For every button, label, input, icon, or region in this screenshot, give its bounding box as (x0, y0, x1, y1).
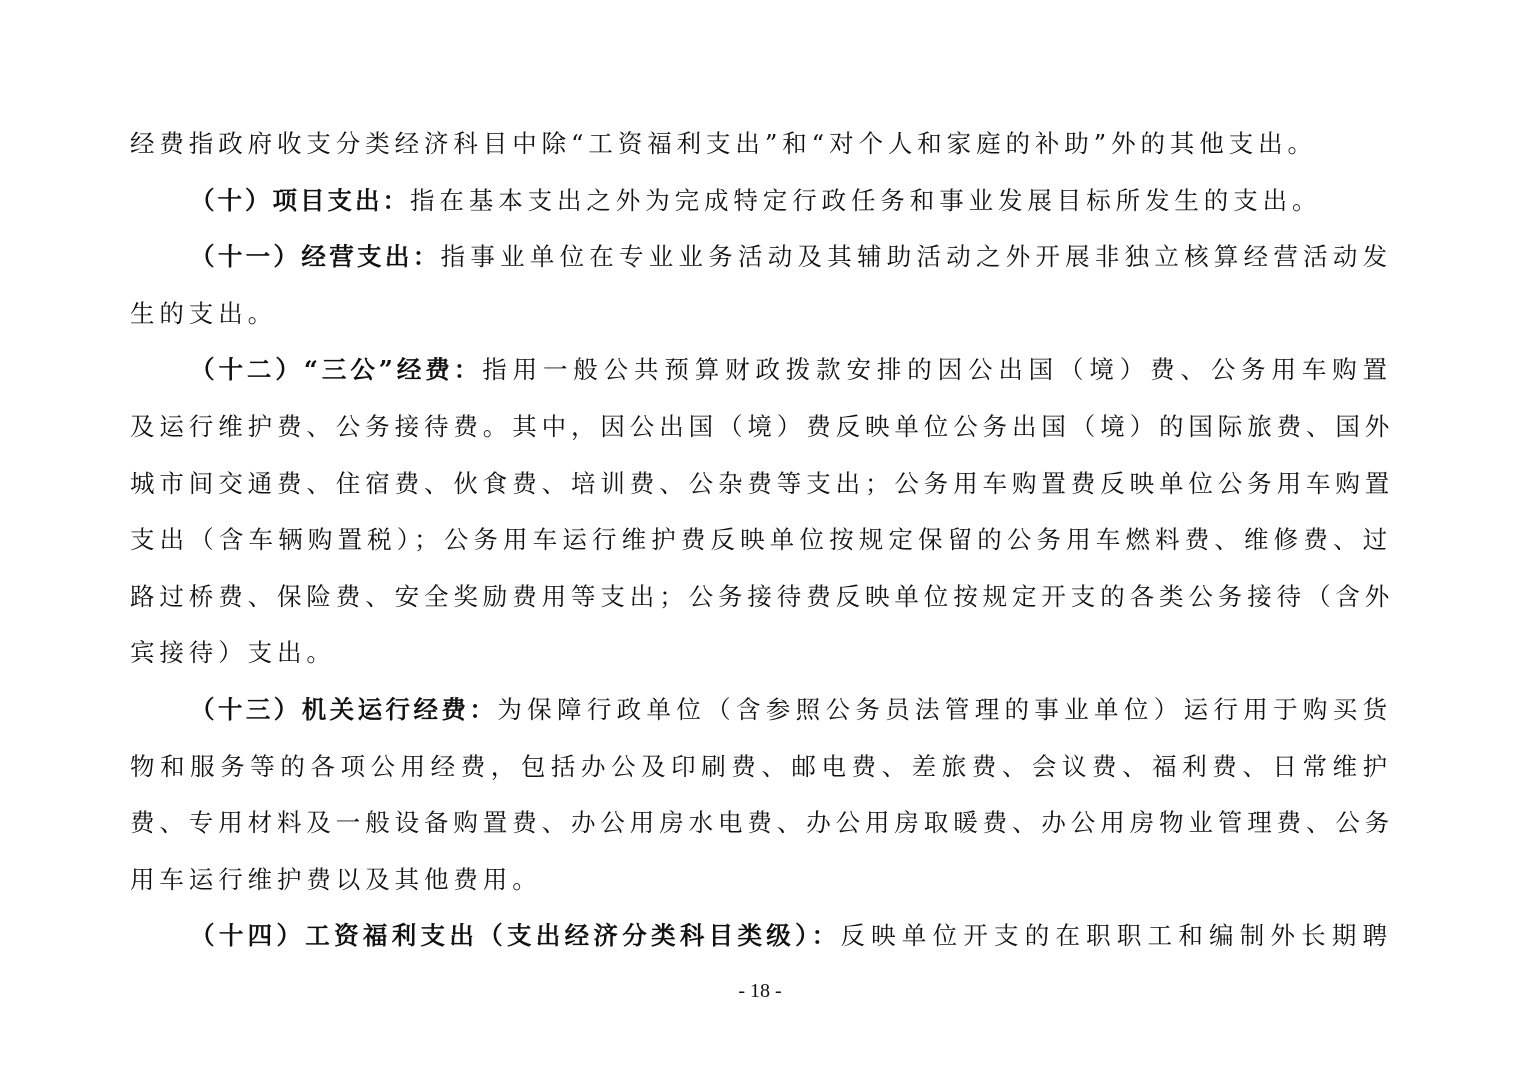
paragraph-line: 路过桥费、保险费、安全奖励费用等支出；公务接待费反映单位按规定开支的各类公务接待… (130, 569, 1392, 626)
paragraph-line: 及运行维护费、公务接待费。其中，因公出国（境）费反映单位公务出国（境）的国际旅费… (130, 399, 1392, 456)
paragraph-line: 物和服务等的各项公用经费，包括办公及印刷费、邮电费、差旅费、会议费、福利费、日常… (130, 739, 1392, 796)
paragraph-heading-line: （十二）“三公”经费：指用一般公共预算财政拨款安排的因公出国（境）费、公务用车购… (130, 342, 1392, 399)
paragraph-line: 支出（含车辆购置税）；公务用车运行维护费反映单位按规定保留的公务用车燃料费、维修… (130, 512, 1392, 569)
paragraph-line: 生的支出。 (130, 286, 1392, 343)
paragraph-line: 用车运行维护费以及其他费用。 (130, 852, 1392, 909)
paragraph-heading-line: （十）项目支出：指在基本支出之外为完成特定行政任务和事业发展目标所发生的支出。 (130, 173, 1392, 230)
section-heading: （十）项目支出： (190, 186, 410, 215)
section-heading: （十一）经营支出： (190, 242, 441, 271)
section-heading: （十二）“三公”经费： (190, 355, 482, 384)
paragraph-heading-line: （十三）机关运行经费：为保障行政单位（含参照公务员法管理的事业单位）运行用于购买… (130, 682, 1392, 739)
section-heading: （十三）机关运行经费： (190, 695, 497, 724)
paragraph-line: 费、专用材料及一般设备购置费、办公用房水电费、办公用房取暖费、办公用房物业管理费… (130, 795, 1392, 852)
paragraph-line: 宾接待）支出。 (130, 625, 1392, 682)
page-number: - 18 - (0, 980, 1520, 1003)
section-heading: （十四）工资福利支出（支出经济分类科目类级）： (190, 921, 840, 950)
paragraph-heading-line: （十一）经营支出：指事业单位在专业业务活动及其辅助活动之外开展非独立核算经营活动… (130, 229, 1392, 286)
paragraph-line: 经费指政府收支分类经济科目中除“工资福利支出”和“对个人和家庭的补助”外的其他支… (130, 116, 1392, 173)
paragraph-heading-line: （十四）工资福利支出（支出经济分类科目类级）：反映单位开支的在职职工和编制外长期… (130, 908, 1392, 965)
paragraph-line: 城市间交通费、住宿费、伙食费、培训费、公杂费等支出；公务用车购置费反映单位公务用… (130, 456, 1392, 513)
document-page: 经费指政府收支分类经济科目中除“工资福利支出”和“对个人和家庭的补助”外的其他支… (130, 116, 1392, 965)
